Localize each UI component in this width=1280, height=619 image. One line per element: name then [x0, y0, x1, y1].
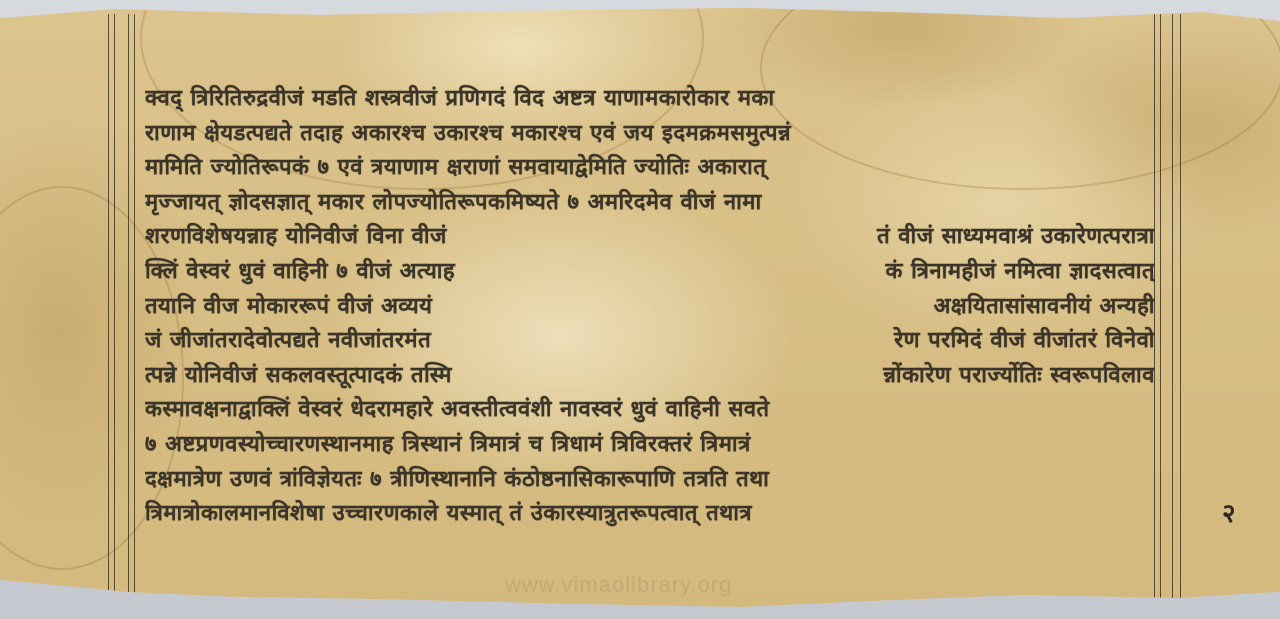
text-line-left: तयानि वीज मोकाररूपं वीजं अव्ययं [145, 290, 640, 325]
right-margin-rule [1172, 14, 1173, 602]
right-margin-rule [1180, 14, 1181, 602]
text-line-content: राणाम क्षेयडत्पद्यते तदाह अकारश्च उकारश्… [145, 117, 1155, 152]
text-line: त्पन्ने योनिवीजं सकलवस्तूत्पादकं तस्मिन्… [145, 359, 1155, 394]
text-line: राणाम क्षेयडत्पद्यते तदाह अकारश्च उकारश्… [145, 117, 1155, 152]
text-line: ७ अष्टप्रणवस्योच्चारणस्थानमाह त्रिस्थानं… [145, 428, 1155, 463]
text-line-right: रेण परमिदं वीजं वीजांतरं विनेवो [731, 324, 1155, 359]
text-line: मृज्जायत् ज्ञोदसज्ञात् मकार लोपज्योतिरूप… [145, 186, 1155, 221]
manuscript-folio: क्वद् त्रिरितिरुद्रवीजं मडति शस्त्रवीजं … [0, 6, 1280, 610]
text-line-content: क्वद् त्रिरितिरुद्रवीजं मडति शस्त्रवीजं … [145, 82, 1155, 117]
text-line-content: दक्षमात्रेण उणवं त्रांविज्ञेयतः ७ त्रीणि… [145, 463, 1155, 498]
right-margin-rule [1160, 14, 1161, 602]
text-line-content: कस्मावक्षनाद्वाक्लिं वेस्वरं धेदरामहारे … [145, 393, 1155, 428]
left-margin-rule [128, 14, 129, 602]
text-line-right: अक्षयितासांसावनीयं अन्यही [731, 290, 1155, 325]
left-margin-rule [114, 14, 115, 602]
text-line-content: मामिति ज्योतिरूपकं ७ एवं त्रयाणाम क्षराण… [145, 151, 1155, 186]
text-line-left: जं जीजांतरादेवोत्पद्यते नवीजांतरमंत [145, 324, 640, 359]
left-margin-rule [134, 14, 135, 602]
text-line: तयानि वीज मोकाररूपं वीजं अव्ययंअक्षयितास… [145, 290, 1155, 325]
text-line: दक्षमात्रेण उणवं त्रांविज्ञेयतः ७ त्रीणि… [145, 463, 1155, 498]
left-margin-rule [108, 14, 109, 602]
text-line: क्वद् त्रिरितिरुद्रवीजं मडति शस्त्रवीजं … [145, 82, 1155, 117]
text-line-content: ७ अष्टप्रणवस्योच्चारणस्थानमाह त्रिस्थानं… [145, 428, 1155, 463]
text-line-right: न्नोंकारेण परार्ज्योतिः स्वरूपविलाव [731, 359, 1155, 394]
watermark: www.vimaolibrary.org [505, 572, 732, 598]
text-line-content: त्रिमात्रोकालमानविशेषा उच्चारणकाले यस्मा… [145, 497, 1155, 532]
text-line: त्रिमात्रोकालमानविशेषा उच्चारणकाले यस्मा… [145, 497, 1155, 532]
manuscript-text: क्वद् त्रिरितिरुद्रवीजं मडति शस्त्रवीजं … [145, 82, 1155, 532]
text-line-right: तं वीजं साध्यमवाश्रं उकारेणत्परात्रा [731, 220, 1155, 255]
text-line-content: मृज्जायत् ज्ञोदसज्ञात् मकार लोपज्योतिरूप… [145, 186, 1155, 221]
text-line-left: क्लिं वेस्वरं धुवं वाहिनी ७ वीजं अत्याह [145, 255, 640, 290]
text-line-left: शरणविशेषयन्नाह योनिवीजं विना वीजं [145, 220, 640, 255]
text-line: क्लिं वेस्वरं धुवं वाहिनी ७ वीजं अत्याहक… [145, 255, 1155, 290]
text-line-right: कं त्रिनामहीजं नमित्वा ज्ञादसत्वात् [731, 255, 1155, 290]
text-line: जं जीजांतरादेवोत्पद्यते नवीजांतरमंतरेण प… [145, 324, 1155, 359]
text-line: शरणविशेषयन्नाह योनिवीजं विना वीजंतं वीजं… [145, 220, 1155, 255]
text-line: कस्मावक्षनाद्वाक्लिं वेस्वरं धेदरामहारे … [145, 393, 1155, 428]
text-line: मामिति ज्योतिरूपकं ७ एवं त्रयाणाम क्षराण… [145, 151, 1155, 186]
text-line-left: त्पन्ने योनिवीजं सकलवस्तूत्पादकं तस्मि [145, 359, 640, 394]
folio-number: २ [1222, 494, 1236, 530]
